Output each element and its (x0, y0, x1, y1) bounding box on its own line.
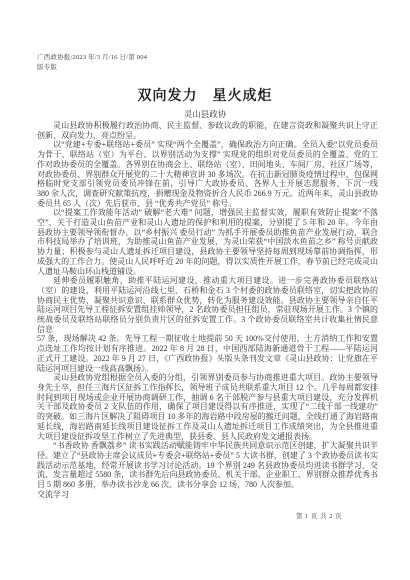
publication-source-line2: 版专版 (37, 63, 378, 73)
paragraph-reading-activity: “书香政协 香飘荔乡” 读书实践活动赋能铸牢中华民族共同意识示范区创建，扩大凝聚… (37, 441, 378, 490)
paragraph-party-coverage: 以“党建+专委+联络站+委员” 实现“两个全覆盖”，确保政治方向正确。全员入委“… (37, 140, 378, 208)
page-number: 第 1 页 共 2 页 (296, 511, 342, 520)
paragraph-fragment: 交流学习 (37, 490, 378, 500)
article-author: 灵山县政协 (0, 108, 410, 120)
publication-source: 广西政协报/2023 年/3 月/16 日/第 004 版专版 (37, 53, 378, 73)
paragraph-proposal-work: 以“提案工作效能年活动” 破解“老大难” 问题，增强民主监督实效，履职有效防止提… (37, 208, 378, 276)
paragraph-canal-liaison-continued: 57 条，现场解决 42 条。先导工程一期征收土地提前 50 天 100%交付使… (37, 334, 378, 373)
paragraph-major-projects: 灵山县政协党组根据全员入委的分组，引领界别委员参与协商推进重大项目。政协主要领导… (37, 373, 378, 441)
document-page: 广西政协报/2023 年/3 月/16 日/第 004 版专版 双向发力 星火成… (0, 0, 410, 580)
paragraph-intro: 灵山县政协积极履行政治协商、民主监督、参政议政的职能，在建言资政和凝聚共识上守正… (37, 121, 378, 140)
publication-source-line1: 广西政协报/2023 年/3 月/16 日/第 004 (37, 53, 378, 63)
article-title: 双向发力 星火成炬 (0, 85, 410, 105)
paragraph-canal-liaison: 延伸委员履职触角，助推平陆运河建设，推动重大项目建设。进一步完善政协委员联络站（… (37, 276, 378, 334)
article-body: 灵山县政协积极履行政治协商、民主监督、参政议政的职能，在建言资政和凝聚共识上守正… (37, 121, 378, 499)
